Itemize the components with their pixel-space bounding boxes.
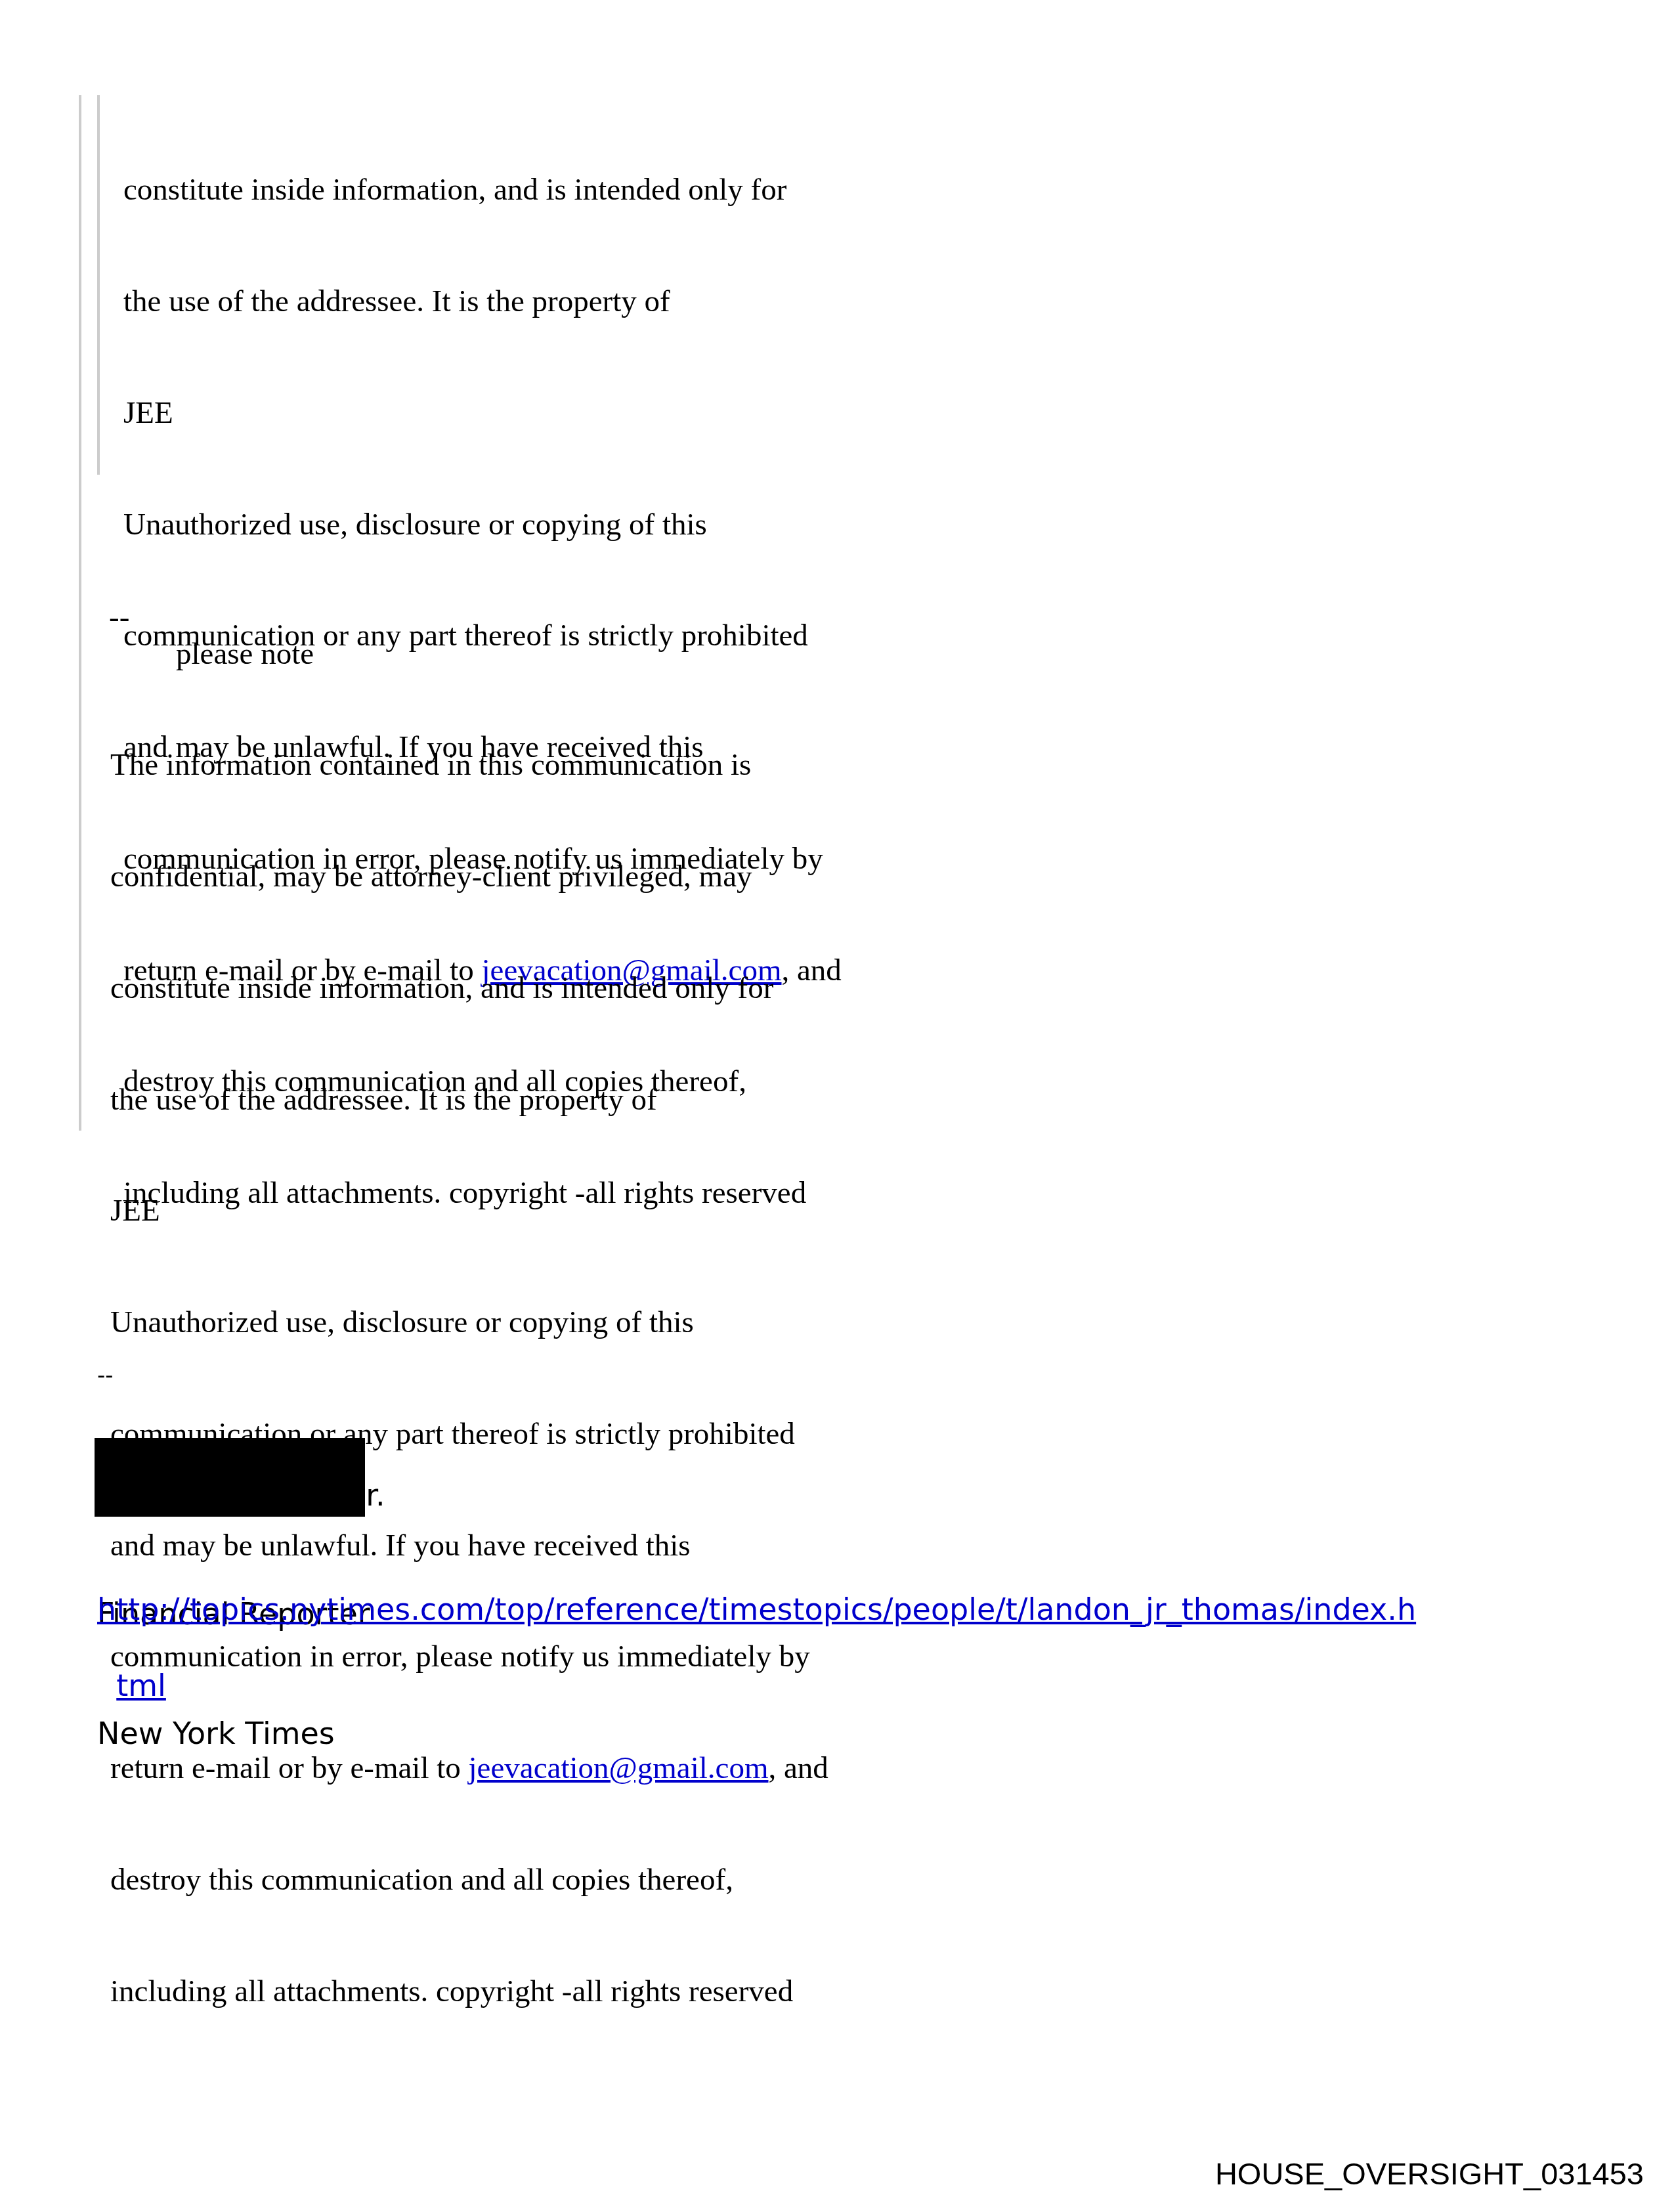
inner-quote-bar <box>97 95 100 475</box>
redaction-box <box>95 1438 365 1517</box>
profile-url-link-line-2[interactable]: tml <box>116 1666 166 1704</box>
disclaimer-line: confidential, may be attorney-client pri… <box>110 858 828 896</box>
disclaimer-line: constitute inside information, and is in… <box>110 970 828 1007</box>
document-id: HOUSE_OVERSIGHT_031453 <box>1215 2156 1644 2192</box>
disclaimer-line: the use of the addressee. It is the prop… <box>110 1081 828 1119</box>
disclaimer-line: destroy this communication and all copie… <box>110 1861 828 1899</box>
disclaimer-line: JEE <box>123 395 842 432</box>
signature-organization: New York Times <box>97 1714 385 1754</box>
disclaimer-line: the use of the addressee. It is the prop… <box>123 283 842 320</box>
disclaimer-line: including all attachments. copyright -al… <box>110 1973 828 2010</box>
email-suffix: , and <box>769 1751 828 1785</box>
disclaimer-line: JEE <box>110 1192 828 1230</box>
separator-1: -- <box>109 599 129 636</box>
outer-quote-bar <box>79 95 81 1131</box>
disclaimer-line: Unauthorized use, disclosure or copying … <box>123 506 842 544</box>
profile-url: http://topics.nytimes.com/top/reference/… <box>97 1514 1416 1704</box>
disclaimer-line: The information contained in this commun… <box>110 747 828 784</box>
signature-separator: -- <box>97 1356 385 1396</box>
disclaimer-line: constitute inside information, and is in… <box>123 171 842 209</box>
email-link[interactable]: jeevacation@gmail.com <box>469 1751 769 1785</box>
please-note-heading: please note <box>176 636 314 673</box>
profile-url-link-line-1[interactable]: http://topics.nytimes.com/top/reference/… <box>97 1590 1416 1628</box>
